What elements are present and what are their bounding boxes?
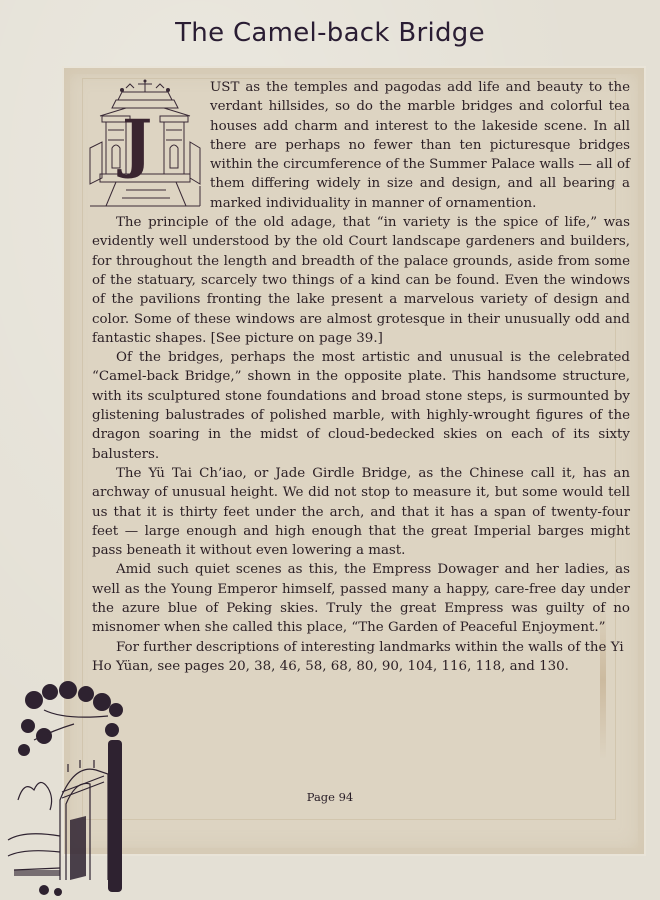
paragraph-3: Of the bridges, perhaps the most artisti… xyxy=(92,348,630,464)
paragraph-5: Amid such quiet scenes as this, the Empr… xyxy=(92,560,630,637)
paragraph-2: The principle of the old adage, that “in… xyxy=(92,213,630,348)
bridge-vignette-icon xyxy=(4,680,126,898)
page-title: The Camel-back Bridge xyxy=(0,18,660,48)
page-number: Page 94 xyxy=(0,790,660,804)
paragraph-text: as the temples and pagodas add life and … xyxy=(210,80,630,211)
drop-cap-letter: J xyxy=(122,112,152,176)
paragraph-4: The Yü Tai Ch’iao, or Jade Girdle Bridge… xyxy=(92,464,630,560)
book-page: The Camel-back Bridge xyxy=(0,0,660,900)
lead-word: UST xyxy=(210,80,239,95)
article-body: J UST as the temples and pagodas add lif… xyxy=(92,78,630,676)
paragraph-1: J UST as the temples and pagodas add lif… xyxy=(92,78,630,213)
drop-cap: J xyxy=(86,78,204,208)
paragraph-6: For further descriptions of interesting … xyxy=(92,638,630,677)
